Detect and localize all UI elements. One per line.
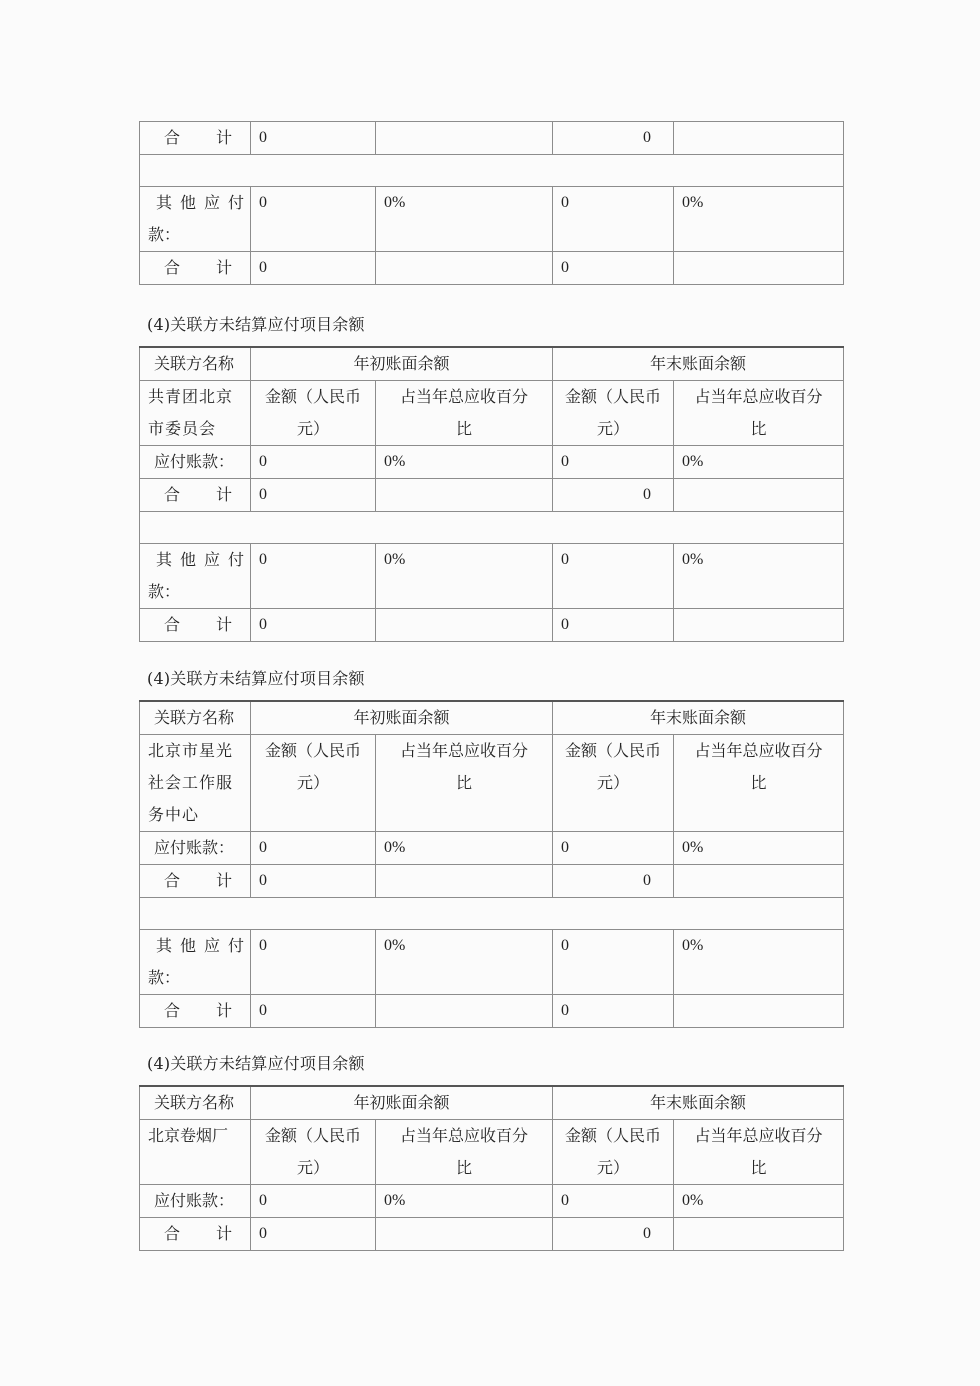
amount-header-line2: 元）	[259, 1152, 367, 1184]
closing-amount: 0	[553, 252, 674, 285]
table-row-total: 合计 0 0	[140, 865, 844, 898]
total-char-2: 计	[216, 122, 232, 154]
amount-header: 金额（人民币元）	[251, 1120, 376, 1185]
table-row-payable-accounts: 应付账款： 0 0% 0 0%	[140, 832, 844, 865]
opening-amount: 0	[251, 995, 376, 1028]
pct-header-line1: 占当年总应收百分	[682, 381, 835, 413]
table-row-total: 合计 0 0	[140, 609, 844, 642]
closing-amount: 0	[553, 544, 674, 609]
closing-amount: 0	[553, 122, 674, 155]
closing-pct: 0%	[674, 1185, 844, 1218]
payable-accounts-label: 应付账款：	[140, 832, 251, 865]
closing-pct	[674, 865, 844, 898]
label-char: 其	[156, 930, 172, 962]
total-char-2: 计	[216, 995, 232, 1027]
label-char: 应	[204, 544, 220, 576]
other-payable-label: 其他应付 款：	[140, 930, 251, 995]
closing-balance-header: 年末账面余额	[553, 1086, 844, 1120]
payable-accounts-label: 应付账款：	[140, 1185, 251, 1218]
amount-header-line2: 元）	[259, 413, 367, 445]
label-char: 其	[156, 544, 172, 576]
total-char-2: 计	[216, 1218, 232, 1250]
opening-amount: 0	[251, 1218, 376, 1251]
amount-header-line1: 金额（人民币	[561, 735, 665, 767]
other-payable-label: 其他应付 款：	[140, 544, 251, 609]
blank-row	[140, 898, 844, 930]
pct-header: 占当年总应收百分比	[376, 1120, 553, 1185]
closing-balance-header: 年末账面余额	[553, 701, 844, 735]
label-char: 应	[204, 187, 220, 219]
party-name: 共青团北京市委员会	[140, 381, 251, 446]
related-party-table-1: 关联方名称 年初账面余额 年末账面余额 共青团北京市委员会 金额（人民币元） 占…	[139, 346, 844, 642]
closing-pct	[674, 1218, 844, 1251]
closing-amount: 0	[553, 995, 674, 1028]
closing-pct	[674, 995, 844, 1028]
total-char-1: 合	[164, 609, 180, 641]
opening-pct	[376, 252, 553, 285]
amount-header-line1: 金额（人民币	[259, 1120, 367, 1152]
amount-header-line2: 元）	[561, 1152, 665, 1184]
header-row: 关联方名称 年初账面余额 年末账面余额	[140, 1086, 844, 1120]
label-char: 他	[180, 187, 196, 219]
pct-header-line1: 占当年总应收百分	[682, 735, 835, 767]
opening-amount: 0	[251, 832, 376, 865]
label-char: 他	[180, 930, 196, 962]
total-char-2: 计	[216, 609, 232, 641]
pct-header: 占当年总应收百分比	[674, 1120, 844, 1185]
opening-amount: 0	[251, 122, 376, 155]
amount-header-line1: 金额（人民币	[561, 381, 665, 413]
table-row-blank	[140, 512, 844, 544]
closing-amount: 0	[553, 1218, 674, 1251]
closing-amount: 0	[553, 1185, 674, 1218]
table-row-blank	[140, 898, 844, 930]
pct-header: 占当年总应收百分比	[376, 735, 553, 832]
amount-header-line1: 金额（人民币	[561, 1120, 665, 1152]
table-row-other-payable: 其他应付 款： 0 0% 0 0%	[140, 187, 844, 252]
amount-header-line1: 金额（人民币	[259, 735, 367, 767]
pct-header-line2: 比	[384, 1152, 544, 1184]
subheader-row: 共青团北京市委员会 金额（人民币元） 占当年总应收百分比 金额（人民币元） 占当…	[140, 381, 844, 446]
closing-pct: 0%	[674, 930, 844, 995]
pct-header-line2: 比	[682, 413, 835, 445]
closing-amount: 0	[553, 930, 674, 995]
header-row: 关联方名称 年初账面余额 年末账面余额	[140, 347, 844, 381]
opening-amount: 0	[251, 930, 376, 995]
closing-pct: 0%	[674, 544, 844, 609]
pct-header: 占当年总应收百分比	[674, 381, 844, 446]
total-char-1: 合	[164, 479, 180, 511]
total-label: 合计	[140, 252, 251, 285]
label-char: 应	[204, 930, 220, 962]
table-row-payable-accounts: 应付账款： 0 0% 0 0%	[140, 1185, 844, 1218]
closing-amount: 0	[553, 832, 674, 865]
table-row-total: 合计 0 0	[140, 252, 844, 285]
total-char-1: 合	[164, 995, 180, 1027]
opening-amount: 0	[251, 479, 376, 512]
closing-pct	[674, 122, 844, 155]
label-char: 其	[156, 187, 172, 219]
section-heading: (4)关联方未结算应付项目余额	[147, 315, 365, 335]
closing-pct	[674, 252, 844, 285]
blank-row	[140, 512, 844, 544]
payable-accounts-label: 应付账款：	[140, 446, 251, 479]
table-row-payable-accounts: 应付账款： 0 0% 0 0%	[140, 446, 844, 479]
table-row-other-payable: 其他应付 款： 0 0% 0 0%	[140, 930, 844, 995]
party-name-header: 关联方名称	[140, 701, 251, 735]
opening-amount: 0	[251, 865, 376, 898]
amount-header-line2: 元）	[561, 767, 665, 799]
closing-pct: 0%	[674, 187, 844, 252]
opening-pct	[376, 479, 553, 512]
opening-pct: 0%	[376, 446, 553, 479]
opening-pct: 0%	[376, 832, 553, 865]
opening-pct	[376, 609, 553, 642]
amount-header-line2: 元）	[561, 413, 665, 445]
party-name-header: 关联方名称	[140, 1086, 251, 1120]
label-line2: 款：	[148, 962, 244, 994]
party-name: 北京卷烟厂	[140, 1120, 251, 1185]
document-page: 合计 0 0 其他应付 款： 0 0% 0 0% 合计 0 0 (4)关联	[0, 0, 980, 1386]
total-char-2: 计	[216, 865, 232, 897]
amount-header: 金额（人民币元）	[553, 381, 674, 446]
related-party-table-2: 关联方名称 年初账面余额 年末账面余额 北京市星光社会工作服务中心 金额（人民币…	[139, 700, 844, 1028]
subheader-row: 北京卷烟厂 金额（人民币元） 占当年总应收百分比 金额（人民币元） 占当年总应收…	[140, 1120, 844, 1185]
opening-balance-header: 年初账面余额	[251, 347, 553, 381]
total-label: 合计	[140, 995, 251, 1028]
label-char: 付	[228, 187, 244, 219]
pct-header-line2: 比	[384, 767, 544, 799]
closing-amount: 0	[553, 609, 674, 642]
amount-header: 金额（人民币元）	[553, 735, 674, 832]
opening-balance-header: 年初账面余额	[251, 1086, 553, 1120]
closing-amount: 0	[553, 865, 674, 898]
party-name-header: 关联方名称	[140, 347, 251, 381]
subheader-row: 北京市星光社会工作服务中心 金额（人民币元） 占当年总应收百分比 金额（人民币元…	[140, 735, 844, 832]
continuation-table: 合计 0 0 其他应付 款： 0 0% 0 0% 合计 0 0	[139, 121, 844, 285]
pct-header-line1: 占当年总应收百分	[384, 735, 544, 767]
section-heading: (4)关联方未结算应付项目余额	[147, 669, 365, 689]
closing-pct	[674, 479, 844, 512]
closing-pct: 0%	[674, 832, 844, 865]
total-char-1: 合	[164, 122, 180, 154]
opening-amount: 0	[251, 1185, 376, 1218]
opening-pct	[376, 995, 553, 1028]
total-char-2: 计	[216, 479, 232, 511]
table-row-total: 合计 0 0	[140, 479, 844, 512]
opening-amount: 0	[251, 544, 376, 609]
opening-balance-header: 年初账面余额	[251, 701, 553, 735]
total-label: 合计	[140, 479, 251, 512]
total-label: 合计	[140, 865, 251, 898]
opening-pct: 0%	[376, 187, 553, 252]
blank-row	[140, 155, 844, 187]
amount-header-line1: 金额（人民币	[259, 381, 367, 413]
amount-header: 金额（人民币元）	[251, 735, 376, 832]
pct-header-line2: 比	[384, 413, 544, 445]
amount-header-line2: 元）	[259, 767, 367, 799]
label-line2: 款：	[148, 576, 244, 608]
pct-header: 占当年总应收百分比	[674, 735, 844, 832]
closing-amount: 0	[553, 187, 674, 252]
opening-amount: 0	[251, 609, 376, 642]
label-line2: 款：	[148, 219, 244, 251]
closing-pct: 0%	[674, 446, 844, 479]
opening-pct: 0%	[376, 544, 553, 609]
table-row-total: 合计 0 0	[140, 995, 844, 1028]
pct-header-line1: 占当年总应收百分	[682, 1120, 835, 1152]
pct-header-line2: 比	[682, 767, 835, 799]
closing-amount: 0	[553, 479, 674, 512]
section-heading: (4)关联方未结算应付项目余额	[147, 1054, 365, 1074]
total-label: 合计	[140, 609, 251, 642]
table-row-total: 合计 0 0	[140, 1218, 844, 1251]
label-char: 他	[180, 544, 196, 576]
closing-balance-header: 年末账面余额	[553, 347, 844, 381]
label-char: 付	[228, 544, 244, 576]
table-row-other-payable: 其他应付 款： 0 0% 0 0%	[140, 544, 844, 609]
opening-pct	[376, 1218, 553, 1251]
opening-pct: 0%	[376, 1185, 553, 1218]
table-row-total: 合计 0 0	[140, 122, 844, 155]
amount-header: 金额（人民币元）	[251, 381, 376, 446]
closing-amount: 0	[553, 446, 674, 479]
amount-header: 金额（人民币元）	[553, 1120, 674, 1185]
opening-amount: 0	[251, 187, 376, 252]
opening-amount: 0	[251, 446, 376, 479]
party-name: 北京市星光社会工作服务中心	[140, 735, 251, 832]
pct-header: 占当年总应收百分比	[376, 381, 553, 446]
closing-pct	[674, 609, 844, 642]
total-char-1: 合	[164, 252, 180, 284]
total-char-1: 合	[164, 865, 180, 897]
related-party-table-3: 关联方名称 年初账面余额 年末账面余额 北京卷烟厂 金额（人民币元） 占当年总应…	[139, 1085, 844, 1251]
pct-header-line2: 比	[682, 1152, 835, 1184]
total-label: 合计	[140, 122, 251, 155]
pct-header-line1: 占当年总应收百分	[384, 1120, 544, 1152]
total-char-1: 合	[164, 1218, 180, 1250]
opening-pct	[376, 122, 553, 155]
total-char-2: 计	[216, 252, 232, 284]
other-payable-label: 其他应付 款：	[140, 187, 251, 252]
table-row-blank	[140, 155, 844, 187]
label-char: 付	[228, 930, 244, 962]
pct-header-line1: 占当年总应收百分	[384, 381, 544, 413]
total-label: 合计	[140, 1218, 251, 1251]
opening-pct: 0%	[376, 930, 553, 995]
header-row: 关联方名称 年初账面余额 年末账面余额	[140, 701, 844, 735]
opening-amount: 0	[251, 252, 376, 285]
opening-pct	[376, 865, 553, 898]
